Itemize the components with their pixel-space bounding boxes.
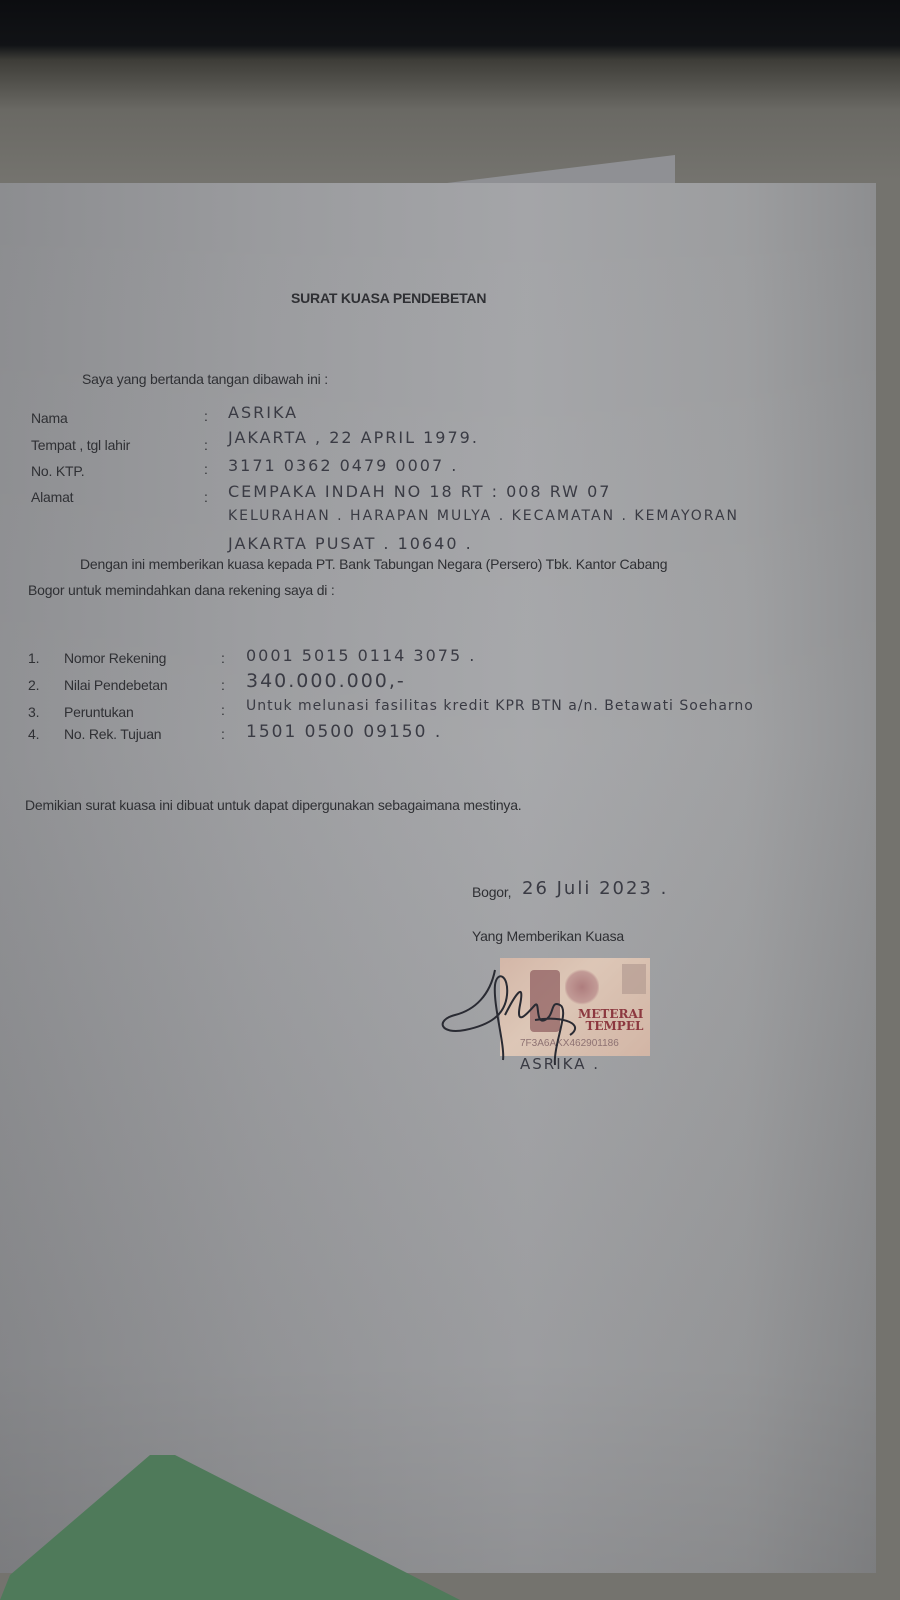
closing-text: Demikian surat kuasa ini dibuat untuk da…: [25, 797, 522, 813]
colon: :: [221, 677, 225, 693]
colon: :: [221, 702, 225, 718]
map-icon: [622, 964, 646, 994]
intro-text: Saya yang bertanda tangan dibawah ini :: [82, 371, 328, 387]
item-number: 4.: [28, 726, 39, 742]
item-value-account: 0001 5015 0114 3075 .: [246, 646, 476, 665]
field-value-nama: ASRIKA: [228, 403, 298, 422]
item-label-destination: No. Rek. Tujuan: [64, 726, 161, 742]
address-line-3: JAKARTA PUSAT . 10640 .: [228, 534, 473, 553]
field-label-alamat: Alamat: [31, 489, 73, 505]
field-label-nama: Nama: [31, 410, 68, 426]
colon: :: [221, 726, 225, 742]
document-title: SURAT KUASA PENDEBETAN: [291, 290, 486, 306]
item-value-purpose: Untuk melunasi fasilitas kredit KPR BTN …: [246, 698, 754, 714]
place-label: Bogor,: [472, 884, 511, 900]
field-value-alamat: CEMPAKA INDAH NO 18 RT : 008 RW 07: [228, 482, 611, 501]
document-page: [0, 183, 876, 1573]
colon: :: [204, 489, 208, 505]
item-value-destination: 1501 0500 09150 .: [246, 722, 442, 742]
field-value-birth: JAKARTA , 22 APRIL 1979.: [228, 428, 479, 447]
item-label-purpose: Peruntukan: [64, 704, 134, 720]
date-handwritten: 26 Juli 2023 .: [522, 878, 668, 899]
field-label-ktp: No. KTP.: [31, 463, 84, 479]
signer-caption: Yang Memberikan Kuasa: [472, 928, 624, 944]
colon: :: [204, 408, 208, 424]
colon: :: [204, 461, 208, 477]
item-label-amount: Nilai Pendebetan: [64, 677, 167, 693]
field-label-birth: Tempat , tgl lahir: [31, 437, 130, 453]
authorization-text-2: Bogor untuk memindahkan dana rekening sa…: [28, 582, 335, 598]
signer-name: ASRIKA .: [520, 1055, 600, 1073]
field-value-ktp: 3171 0362 0479 0007 .: [228, 456, 458, 475]
item-number: 3.: [28, 704, 39, 720]
authorization-text-1: Dengan ini memberikan kuasa kepada PT. B…: [80, 556, 667, 572]
colon: :: [204, 437, 208, 453]
item-label-account: Nomor Rekening: [64, 650, 166, 666]
item-value-amount: 340.000.000,-: [246, 670, 406, 692]
item-number: 2.: [28, 677, 39, 693]
item-number: 1.: [28, 650, 39, 666]
address-line-2: KELURAHAN . HARAPAN MULYA . KECAMATAN . …: [228, 508, 739, 524]
colon: :: [221, 650, 225, 666]
